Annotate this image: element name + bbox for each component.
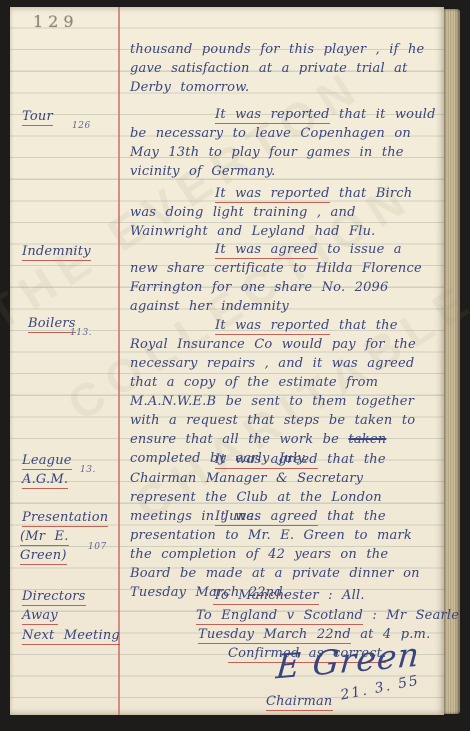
- margin-label-text: League A.G.M.: [22, 453, 72, 489]
- minute-entry-line: To England v Scotland : Mr Searle: [196, 606, 459, 625]
- lead-phrase-underlined: To England v Scotland: [196, 608, 363, 625]
- entry-number: 113.: [70, 328, 92, 338]
- lead-phrase-underlined: It was reported: [215, 318, 330, 335]
- margin-label-text: Next Meeting: [22, 628, 120, 645]
- entry-text: : All.: [319, 588, 365, 603]
- margin-label-next-meeting: Next Meeting: [22, 626, 122, 645]
- minute-entry-body: It was reported that the Royal Insurance…: [130, 316, 436, 468]
- margin-label-text: Directors Away: [22, 589, 86, 625]
- minute-entry-body: thousand pounds for this player , if he …: [130, 40, 436, 97]
- margin-label-league-agm: League A.G.M.: [22, 451, 122, 489]
- margin-label-text: Presentation: [22, 510, 108, 527]
- minute-entry-line: To Manchester : All.: [213, 586, 365, 605]
- entry-text: that the Royal Insurance Co would pay fo…: [130, 318, 416, 447]
- minute-entry-body: It was reported that it would be necessa…: [130, 105, 436, 181]
- chairman-label: Chairman: [266, 692, 333, 711]
- lead-phrase-underlined: It was agreed: [215, 509, 318, 526]
- struck-word: taken: [348, 432, 386, 447]
- lead-phrase-underlined: It was agreed: [215, 452, 318, 469]
- margin-label-text: Tour: [22, 109, 53, 126]
- margin-label-text: (Mr E. Green): [20, 529, 69, 565]
- margin-label-text: Indemnity: [22, 244, 91, 261]
- lead-phrase-underlined: It was agreed: [215, 242, 318, 259]
- margin-label-text: Boilers: [28, 316, 76, 333]
- minute-book-photo: 129 THE EVERTON COLLECTION CHARITABLE th…: [0, 0, 470, 731]
- lead-phrase-underlined: It was reported: [215, 107, 330, 124]
- margin-label-indemnity: Indemnity: [22, 242, 122, 261]
- margin-label-directors-away: Directors Away: [22, 587, 122, 625]
- lead-phrase-underlined: It was reported: [215, 186, 330, 203]
- lead-phrase-underlined: To Manchester: [213, 588, 319, 605]
- minute-entry-body: It was agreed to issue a new share certi…: [130, 240, 436, 316]
- lead-phrase-underlined: Tuesday March 22nd: [198, 627, 351, 644]
- entry-text: thousand pounds for this player , if he …: [130, 42, 424, 95]
- margin-label-presentation: Presentation: [22, 508, 122, 527]
- page-number-stamp: 129: [33, 12, 79, 31]
- minute-entry-body: It was reported that Birch was doing lig…: [130, 184, 436, 241]
- chairman-label-text: Chairman: [266, 694, 333, 711]
- entry-number: 107: [88, 542, 107, 552]
- entry-number: 126: [72, 121, 91, 131]
- entry-text: : Mr Searle: [363, 608, 459, 623]
- entry-number: 13.: [80, 465, 96, 475]
